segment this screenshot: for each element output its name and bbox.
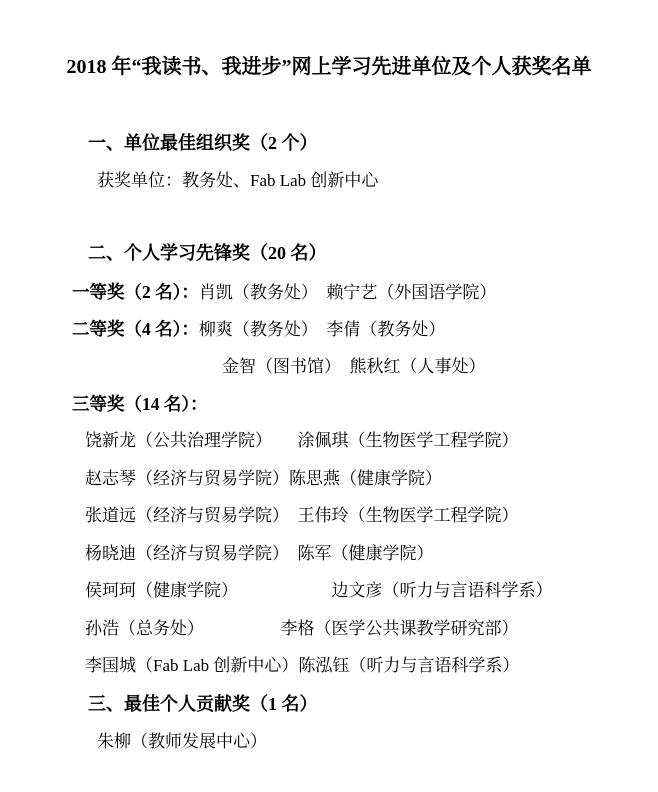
document-title: 2018 年“我读书、我进步”网上学习先进单位及个人获奖名单 — [0, 50, 658, 79]
third-prize-row: 孙浩（总务处） 李格（医学公共课教学研究部） — [85, 617, 519, 641]
third-prize-row: 赵志琴（经济与贸易学院）陈思燕（健康学院） — [85, 467, 442, 491]
second-prize-label: 二等奖（4 名）： — [72, 319, 199, 339]
third-prize-row: 侯珂珂（健康学院） 边文彦（听力与言语科学系） — [85, 579, 553, 603]
first-prize-names: 肖凯（教务处） 赖宁艺（外国语学院） — [199, 283, 497, 302]
first-prize-line: 一等奖（2 名）：肖凯（教务处） 赖宁艺（外国语学院） — [72, 280, 496, 305]
third-prize-row: 李国城（Fab Lab 创新中心）陈泓钰（听力与言语科学系） — [85, 654, 519, 678]
third-prize-row: 杨晓迪（经济与贸易学院） 陈军（健康学院） — [85, 542, 434, 566]
second-prize-names-line2: 金智（图书馆） 熊秋红（人事处） — [222, 355, 486, 379]
section-3-heading: 三、最佳个人贡献奖（1 名） — [88, 692, 318, 716]
document-page: 2018 年“我读书、我进步”网上学习先进单位及个人获奖名单 一、单位最佳组织奖… — [0, 0, 658, 792]
second-prize-names-line1: 柳爽（教务处） 李倩（教务处） — [199, 320, 446, 339]
section-1-heading: 一、单位最佳组织奖（2 个） — [88, 131, 318, 155]
third-prize-row: 张道远（经济与贸易学院） 王伟玲（生物医学工程学院） — [85, 504, 519, 528]
second-prize-line: 二等奖（4 名）：柳爽（教务处） 李倩（教务处） — [72, 317, 445, 342]
first-prize-label: 一等奖（2 名）： — [72, 282, 199, 302]
section-2-heading: 二、个人学习先锋奖（20 名） — [88, 241, 327, 265]
third-prize-label: 三等奖（14 名）： — [72, 392, 208, 416]
unit-award-winners-line: 获奖单位：教务处、Fab Lab 创新中心 — [97, 169, 378, 193]
third-prize-row: 饶新龙（公共治理学院） 涂佩琪（生物医学工程学院） — [85, 429, 519, 453]
contribution-award-winner-line: 朱柳（教师发展中心） — [97, 730, 267, 754]
